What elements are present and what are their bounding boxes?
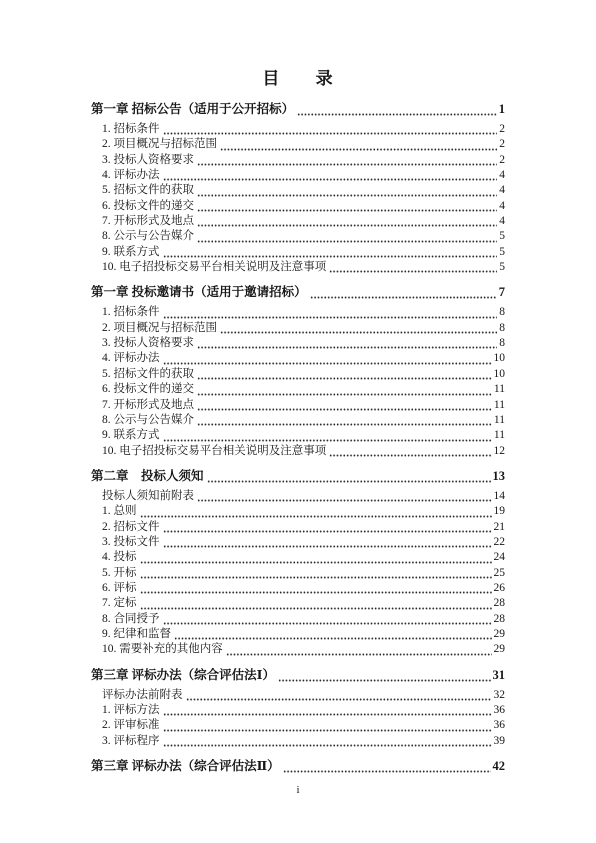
toc-item-row[interactable]: 9. 纪律和监督29 <box>91 627 505 642</box>
document-page: 目 录 第一章 招标公告（适用于公开招标）11. 招标条件22. 项目概况与招标… <box>0 0 596 843</box>
toc-item-row[interactable]: 2. 招标文件21 <box>91 520 505 535</box>
dot-leader <box>197 193 497 197</box>
dot-leader <box>186 697 492 701</box>
toc-entry-page: 1 <box>499 101 505 118</box>
toc-entry-page: 29 <box>494 642 506 657</box>
toc-entry-label: 4. 评标办法 <box>102 168 160 183</box>
toc-entry-label: 5. 招标文件的获取 <box>102 367 194 382</box>
toc-entry-label: 10. 电子招投标交易平台相关说明及注意事项 <box>102 260 326 275</box>
toc-entry-label: 第三章 评标办法（综合评估法Ⅰ） <box>91 667 275 684</box>
toc-chapter-row[interactable]: 第一章 招标公告（适用于公开招标）1 <box>91 101 505 118</box>
toc-entry-page: 36 <box>494 718 506 733</box>
toc-item-row[interactable]: 2. 评审标准36 <box>91 718 505 733</box>
dot-leader <box>197 498 492 502</box>
toc-entry-label: 第一章 招标公告（适用于公开招标） <box>91 101 294 118</box>
dot-leader <box>197 345 497 349</box>
dot-leader <box>197 223 497 227</box>
toc-entry-page: 8 <box>499 321 505 336</box>
toc-chapter-row[interactable]: 第二章 投标人须知13 <box>91 468 505 485</box>
dot-leader <box>329 453 491 457</box>
toc-item-row[interactable]: 6. 投标文件的递交11 <box>91 382 505 397</box>
toc-item-row[interactable]: 5. 招标文件的获取4 <box>91 183 505 198</box>
toc-item-row[interactable]: 7. 开标形式及地点11 <box>91 398 505 413</box>
dot-leader <box>220 330 497 334</box>
toc-entry-page: 28 <box>494 612 506 627</box>
toc-chapter-row[interactable]: 第三章 评标办法（综合评估法Ⅰ）31 <box>91 667 505 684</box>
dot-leader <box>197 208 497 212</box>
toc-entry-page: 4 <box>499 168 505 183</box>
toc-item-row[interactable]: 6. 投标文件的递交4 <box>91 199 505 214</box>
toc-entry-page: 21 <box>494 520 506 535</box>
toc-entry-page: 4 <box>499 199 505 214</box>
toc-entry-label: 2. 招标文件 <box>102 520 160 535</box>
dot-leader <box>140 514 492 518</box>
dot-leader <box>140 560 492 564</box>
toc-entry-page: 22 <box>494 535 506 550</box>
toc-entry-label: 2. 项目概况与招标范围 <box>102 137 217 152</box>
dot-leader <box>278 678 491 682</box>
toc-entry-page: 2 <box>499 122 505 137</box>
dot-leader <box>197 422 492 426</box>
toc-entry-label: 9. 联系方式 <box>102 428 160 443</box>
toc-entry-page: 39 <box>494 734 506 749</box>
toc-entry-label: 3. 投标人资格要求 <box>102 336 194 351</box>
toc-item-row[interactable]: 8. 合同授予28 <box>91 612 505 627</box>
dot-leader <box>197 376 492 380</box>
toc-item-row[interactable]: 8. 公示与公告媒介5 <box>91 229 505 244</box>
toc-entry-label: 9. 纪律和监督 <box>102 627 171 642</box>
toc-entry-label: 6. 投标文件的递交 <box>102 199 194 214</box>
toc-chapter-row[interactable]: 第三章 评标办法（综合评估法Ⅱ）42 <box>91 758 505 775</box>
dot-leader <box>220 147 497 151</box>
toc-entry-label: 3. 投标文件 <box>102 535 160 550</box>
dot-leader <box>207 479 491 483</box>
page-number-footer: i <box>0 783 596 797</box>
toc-item-row[interactable]: 2. 项目概况与招标范围2 <box>91 137 505 152</box>
dot-leader <box>197 239 497 243</box>
toc-item-row[interactable]: 3. 投标文件22 <box>91 535 505 550</box>
toc-entry-page: 5 <box>499 229 505 244</box>
toc-chapter-row[interactable]: 第一章 投标邀请书（适用于邀请招标）7 <box>91 284 505 301</box>
toc-entry-label: 5. 招标文件的获取 <box>102 183 194 198</box>
dot-leader <box>310 295 497 299</box>
dot-leader <box>163 743 492 747</box>
toc-entry-page: 11 <box>494 398 505 413</box>
toc-entry-page: 5 <box>499 245 505 260</box>
toc-item-row[interactable]: 6. 评标26 <box>91 581 505 596</box>
toc-entry-label: 第二章 投标人须知 <box>91 468 204 485</box>
dot-leader <box>163 254 498 258</box>
dot-leader <box>140 590 492 594</box>
dot-leader <box>163 621 492 625</box>
toc-item-row[interactable]: 1. 招标条件2 <box>91 122 505 137</box>
toc-entry-page: 28 <box>494 596 506 611</box>
page-title: 目 录 <box>91 68 505 90</box>
toc-entry-label: 5. 开标 <box>102 566 137 581</box>
toc-entry-label: 10. 需要补充的其他内容 <box>102 642 223 657</box>
dot-leader <box>163 712 492 716</box>
toc-entry-label: 第三章 评标办法（综合评估法Ⅱ） <box>91 758 280 775</box>
toc-entry-label: 3. 评标程序 <box>102 734 160 749</box>
dot-leader <box>283 769 491 773</box>
toc-entry-label: 1. 评标方法 <box>102 703 160 718</box>
toc-item-row[interactable]: 3. 投标人资格要求8 <box>91 336 505 351</box>
toc-entry-page: 4 <box>499 183 505 198</box>
toc-entry-page: 10 <box>494 367 506 382</box>
toc-entry-page: 13 <box>493 468 506 485</box>
dot-leader <box>140 606 492 610</box>
toc-item-row[interactable]: 10. 电子招投标交易平台相关说明及注意事项12 <box>91 444 505 459</box>
toc-item-row[interactable]: 4. 投标24 <box>91 550 505 565</box>
dot-leader <box>197 407 492 411</box>
toc-item-row[interactable]: 5. 开标25 <box>91 566 505 581</box>
toc-item-row[interactable]: 2. 项目概况与招标范围8 <box>91 321 505 336</box>
dot-leader <box>226 652 492 656</box>
toc-entry-page: 26 <box>494 581 506 596</box>
toc-item-row[interactable]: 3. 投标人资格要求2 <box>91 153 505 168</box>
toc-entry-page: 10 <box>494 351 506 366</box>
toc-entry-label: 8. 合同授予 <box>102 612 160 627</box>
toc-item-row[interactable]: 4. 评标办法10 <box>91 351 505 366</box>
toc-entry-page: 42 <box>493 758 506 775</box>
toc-entry-page: 2 <box>499 137 505 152</box>
toc-entry-label: 4. 评标办法 <box>102 351 160 366</box>
dot-leader <box>163 361 492 365</box>
toc-entry-label: 7. 定标 <box>102 596 137 611</box>
toc-entry-page: 4 <box>499 214 505 229</box>
toc-entry-label: 6. 投标文件的递交 <box>102 382 194 397</box>
toc-item-row[interactable]: 7. 开标形式及地点4 <box>91 214 505 229</box>
toc-item-row[interactable]: 10. 需要补充的其他内容29 <box>91 642 505 657</box>
toc-entry-label: 8. 公示与公告媒介 <box>102 229 194 244</box>
dot-leader <box>163 177 498 181</box>
toc-entry-page: 8 <box>499 336 505 351</box>
toc-entry-label: 1. 招标条件 <box>102 305 160 320</box>
dot-leader <box>329 269 497 273</box>
toc-item-row[interactable]: 8. 公示与公告媒介11 <box>91 413 505 428</box>
toc-entry-label: 6. 评标 <box>102 581 137 596</box>
toc-item-row[interactable]: 10. 电子招投标交易平台相关说明及注意事项5 <box>91 260 505 275</box>
toc-entry-page: 29 <box>494 627 506 642</box>
toc-entry-page: 7 <box>499 284 505 301</box>
toc-entry-page: 11 <box>494 382 505 397</box>
toc-entry-page: 12 <box>494 444 506 459</box>
toc-item-row[interactable]: 7. 定标28 <box>91 596 505 611</box>
toc-entry-page: 11 <box>494 413 505 428</box>
dot-leader <box>163 315 498 319</box>
toc-entry-label: 第一章 投标邀请书（适用于邀请招标） <box>91 284 307 301</box>
toc-item-row[interactable]: 评标办法前附表32 <box>91 688 505 703</box>
toc-item-row[interactable]: 5. 招标文件的获取10 <box>91 367 505 382</box>
toc-item-row[interactable]: 9. 联系方式11 <box>91 428 505 443</box>
dot-leader <box>197 162 497 166</box>
dot-leader <box>197 392 492 396</box>
toc-entry-page: 2 <box>499 153 505 168</box>
toc-entry-page: 19 <box>494 504 506 519</box>
toc-item-row[interactable]: 9. 联系方式5 <box>91 245 505 260</box>
toc-item-row[interactable]: 1. 评标方法36 <box>91 703 505 718</box>
toc-entry-page: 8 <box>499 305 505 320</box>
table-of-contents: 第一章 招标公告（适用于公开招标）11. 招标条件22. 项目概况与招标范围23… <box>91 101 505 775</box>
toc-entry-label: 10. 电子招投标交易平台相关说明及注意事项 <box>102 444 326 459</box>
toc-entry-label: 2. 评审标准 <box>102 718 160 733</box>
toc-entry-page: 36 <box>494 703 506 718</box>
toc-entry-page: 25 <box>494 566 506 581</box>
toc-entry-page: 32 <box>494 688 506 703</box>
dot-leader <box>163 438 492 442</box>
toc-entry-label: 3. 投标人资格要求 <box>102 153 194 168</box>
toc-item-row[interactable]: 4. 评标办法4 <box>91 168 505 183</box>
toc-item-row[interactable]: 1. 总则19 <box>91 504 505 519</box>
toc-entry-label: 1. 总则 <box>102 504 137 519</box>
toc-entry-label: 2. 项目概况与招标范围 <box>102 321 217 336</box>
toc-entry-label: 7. 开标形式及地点 <box>102 214 194 229</box>
dot-leader <box>297 112 497 116</box>
dot-leader <box>163 529 492 533</box>
toc-entry-label: 投标人须知前附表 <box>102 489 194 504</box>
toc-item-row[interactable]: 1. 招标条件8 <box>91 305 505 320</box>
dot-leader <box>140 575 492 579</box>
dot-leader <box>163 728 492 732</box>
toc-entry-label: 评标办法前附表 <box>102 688 183 703</box>
toc-item-row[interactable]: 投标人须知前附表14 <box>91 489 505 504</box>
toc-entry-page: 11 <box>494 428 505 443</box>
toc-entry-page: 5 <box>499 260 505 275</box>
toc-entry-label: 1. 招标条件 <box>102 122 160 137</box>
toc-entry-label: 9. 联系方式 <box>102 245 160 260</box>
toc-item-row[interactable]: 3. 评标程序39 <box>91 734 505 749</box>
toc-entry-page: 14 <box>494 489 506 504</box>
toc-entry-page: 24 <box>494 550 506 565</box>
toc-entry-page: 31 <box>493 667 506 684</box>
dot-leader <box>163 131 498 135</box>
toc-entry-label: 7. 开标形式及地点 <box>102 398 194 413</box>
toc-entry-label: 8. 公示与公告媒介 <box>102 413 194 428</box>
dot-leader <box>174 636 492 640</box>
toc-entry-label: 4. 投标 <box>102 550 137 565</box>
dot-leader <box>163 544 492 548</box>
